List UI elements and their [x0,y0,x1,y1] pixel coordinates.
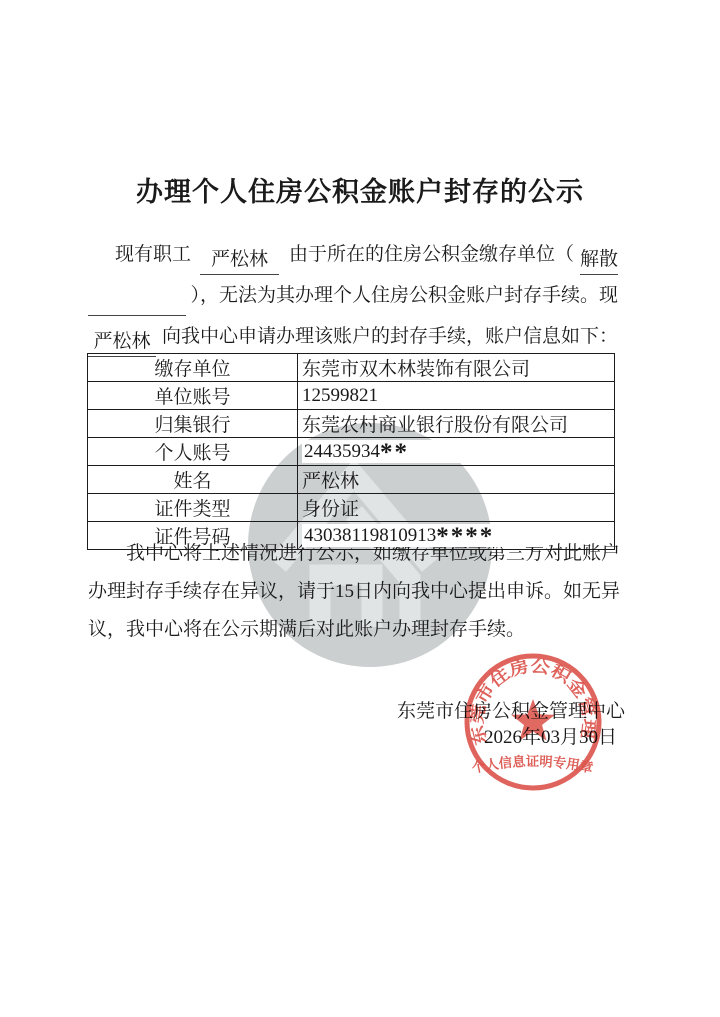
table-row: 个人账号24435934** [88,438,615,466]
intro-after-name: 由于所在的住房公积金缴存单位（ [289,234,574,275]
page-title: 办理个人住房公积金账户封存的公示 [0,170,720,209]
table-row: 姓名严松林 [88,466,615,494]
seal-arc-text: 东莞市住房公积金管理中心 [463,652,599,747]
intro-paragraph: 现有职工 严松林 由于所在的住房公积金缴存单位（ 解散 ），无法为其办理个人住房… [88,234,618,357]
employee-name-blank: 严松林 [200,246,279,275]
intro-closing-text: 向我中心申请办理该账户的封存手续，账户信息如下： [162,316,618,357]
row-value: 身份证 [298,494,615,522]
redaction-patch: 24435934** [302,440,464,463]
row-label: 姓名 [88,466,298,494]
row-value: 严松林 [298,466,615,494]
star-icon [511,699,555,741]
row-value: 24435934** [298,438,615,466]
seal-bottom-text: 个人信息证明专用章 [470,753,595,776]
account-info-table: 缴存单位东莞市双木林装饰有限公司单位账号12599821归集银行东莞农村商业银行… [87,353,615,550]
table-row: 证件类型身份证 [88,494,615,522]
table-row: 单位账号12599821 [88,382,615,410]
table-row: 归集银行东莞农村商业银行股份有限公司 [88,410,615,438]
row-label: 单位账号 [88,382,298,410]
row-value: 东莞农村商业银行股份有限公司 [298,410,615,438]
svg-text:个人信息证明专用章: 个人信息证明专用章 [470,753,595,776]
notice-paragraph: 我中心将上述情况进行公示，如缴存单位或第三方对此账户办理封存手续存在异议，请于1… [88,535,620,649]
row-label: 归集银行 [88,410,298,438]
svg-text:东莞市住房公积金管理中心: 东莞市住房公积金管理中心 [463,652,599,747]
intro-line-1: 现有职工 严松林 由于所在的住房公积金缴存单位（ 解散 [88,234,618,275]
table-row: 缴存单位东莞市双木林装饰有限公司 [88,354,615,382]
row-label: 证件类型 [88,494,298,522]
official-seal-stamp: 东莞市住房公积金管理中心 个人信息证明专用章 [463,652,603,792]
intro-wrap-text: ），无法为其办理个人住房公积金账户封存手续。现 [190,275,618,316]
row-value: 东莞市双木林装饰有限公司 [298,354,615,382]
masked-digits: **** [436,523,494,550]
redaction-patch: 43038119810913**** [302,524,549,547]
masked-digits: ** [380,439,409,466]
intro-line-3: 严松林 向我中心申请办理该账户的封存手续，账户信息如下： [88,316,618,357]
row-label: 个人账号 [88,438,298,466]
document-page: 办理个人住房公积金账户封存的公示 现有职工 严松林 由于所在的住房公积金缴存单位… [0,0,720,1017]
intro-line-2: ），无法为其办理个人住房公积金账户封存手续。现 [88,275,618,316]
blank-continuation [88,287,186,316]
row-value: 12599821 [298,382,615,410]
unit-status-blank: 解散 [580,246,618,275]
intro-prefix: 现有职工 [115,234,191,275]
row-label: 缴存单位 [88,354,298,382]
